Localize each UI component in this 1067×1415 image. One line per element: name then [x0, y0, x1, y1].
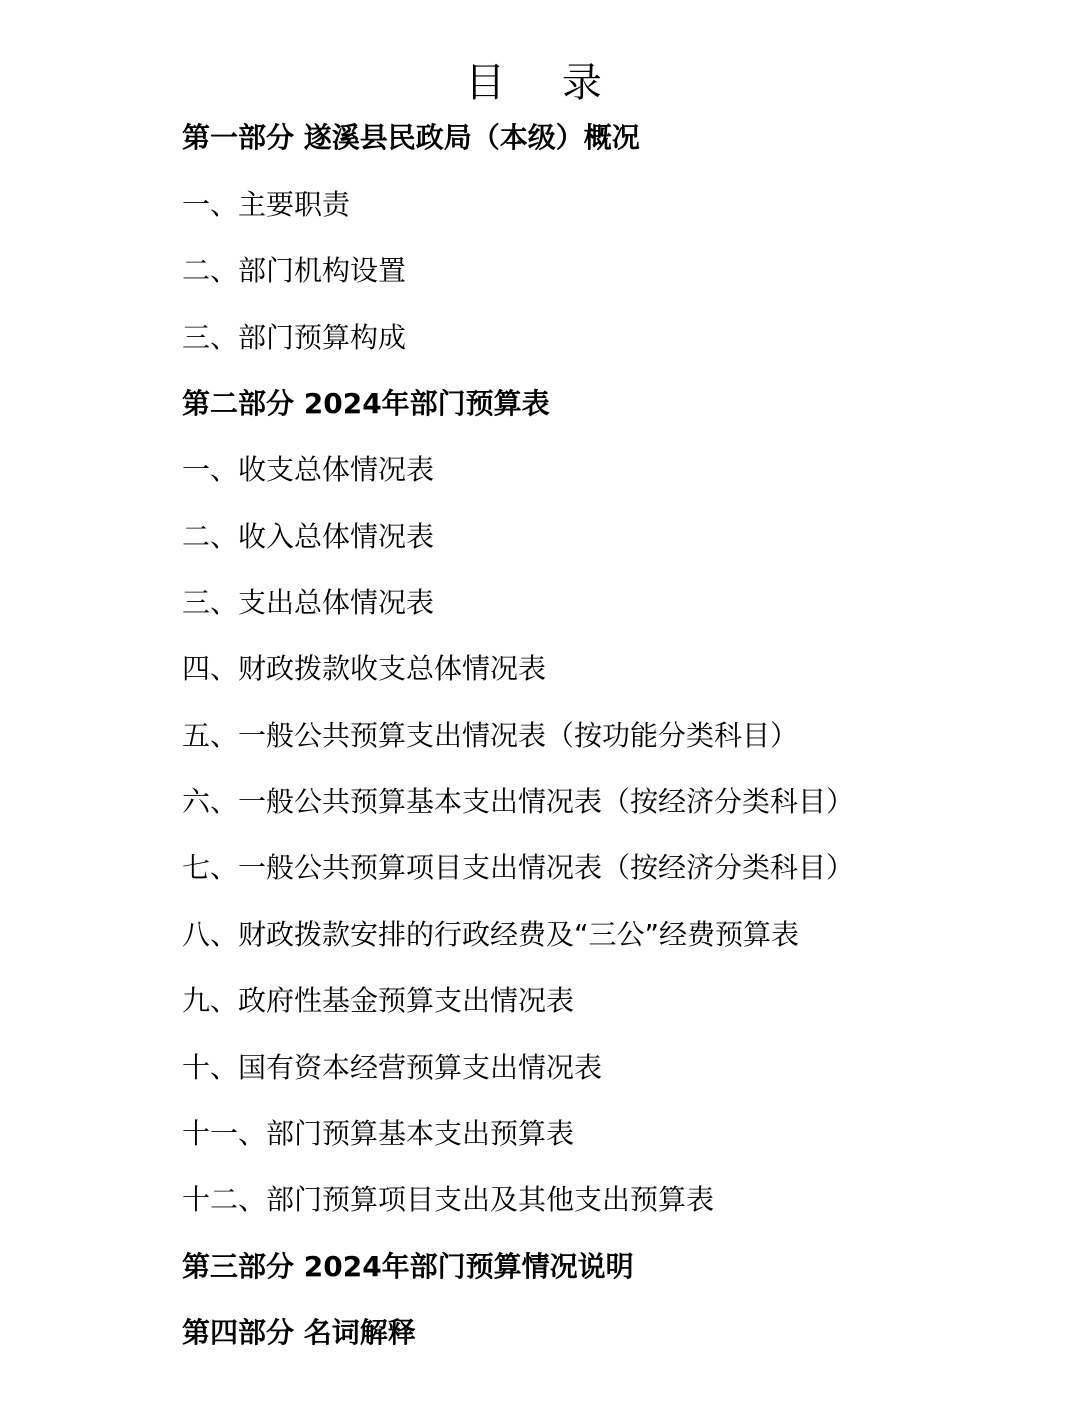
toc-item[interactable]: 三、支出总体情况表	[182, 585, 434, 621]
toc-item[interactable]: 五、一般公共预算支出情况表（按功能分类科目）	[182, 718, 798, 754]
toc-item[interactable]: 十、国有资本经营预算支出情况表	[182, 1050, 602, 1086]
toc-part-1[interactable]: 第一部分 遂溪县民政局（本级）概况	[182, 120, 640, 156]
toc-item[interactable]: 一、主要职责	[182, 187, 350, 223]
toc-item[interactable]: 七、一般公共预算项目支出情况表（按经济分类科目）	[182, 850, 854, 886]
toc-item[interactable]: 九、政府性基金预算支出情况表	[182, 983, 574, 1019]
toc-item[interactable]: 二、收入总体情况表	[182, 519, 434, 555]
toc-item[interactable]: 十一、部门预算基本支出预算表	[182, 1116, 574, 1152]
toc-part-2[interactable]: 第二部分 2024年部门预算表	[182, 386, 550, 422]
toc-item[interactable]: 一、收支总体情况表	[182, 452, 434, 488]
toc-part-3[interactable]: 第三部分 2024年部门预算情况说明	[182, 1249, 634, 1285]
toc-item[interactable]: 十二、部门预算项目支出及其他支出预算表	[182, 1182, 714, 1218]
toc-item[interactable]: 四、财政拨款收支总体情况表	[182, 651, 546, 687]
toc-part-4[interactable]: 第四部分 名词解释	[182, 1315, 416, 1351]
toc-item[interactable]: 三、部门预算构成	[182, 320, 406, 356]
toc-item[interactable]: 六、一般公共预算基本支出情况表（按经济分类科目）	[182, 784, 854, 820]
toc-item[interactable]: 二、部门机构设置	[182, 253, 406, 289]
page-title: 目 录	[0, 55, 1067, 111]
toc-item[interactable]: 八、财政拨款安排的行政经费及“三公”经费预算表	[182, 917, 799, 953]
